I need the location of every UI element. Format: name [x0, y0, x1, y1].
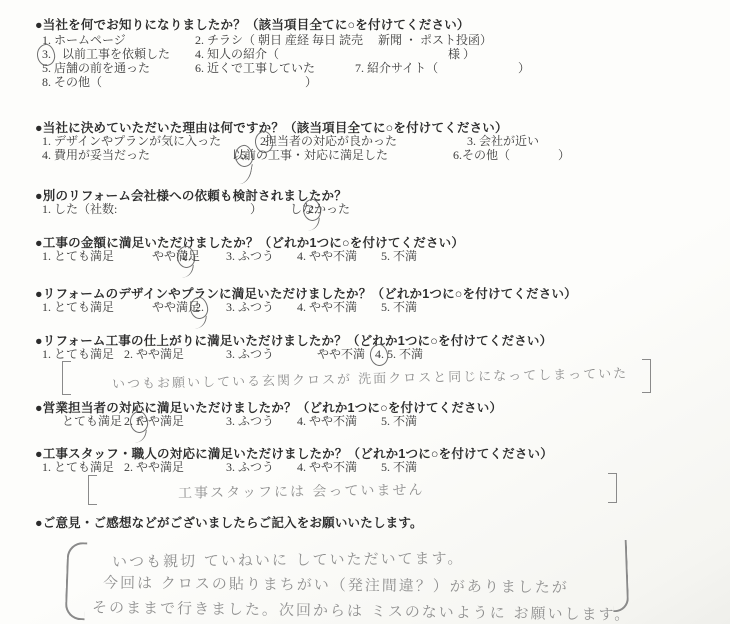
q7-option-4: 4. やや不満	[297, 412, 357, 429]
q8-option-5: 5. 不満	[381, 458, 417, 475]
q1-option-8: 8. その他（	[42, 73, 102, 90]
q3-option-2-label: しなかった	[290, 200, 350, 217]
q8-option-4: 4. やや不満	[297, 458, 357, 475]
q4-option-3: 3. ふつう	[226, 247, 274, 264]
q5-option-4: 4. やや不満	[297, 298, 357, 315]
q7-option-5: 5. 不満	[381, 412, 417, 429]
q6-option-4-label: やや不満	[317, 345, 365, 362]
comments-line-2: 今回は クロスの貼りまちがい（発注間違？）がありましたが	[103, 572, 569, 598]
q6-option-5: 5. 不満	[387, 345, 423, 362]
q2-option-6: 6.その他（	[453, 146, 510, 163]
q8-note-bracket-right	[608, 473, 617, 503]
q7-option-2: 2. やや満足	[124, 412, 184, 429]
q6-note-bracket-right	[642, 359, 651, 393]
comments-line-3: そのままで行きました。次回からは ミスのないように お願いします。	[92, 596, 632, 624]
q5-option-2-label: やや満足	[152, 298, 200, 315]
q2-option-4: 4. 費用が妥当だった	[42, 146, 150, 163]
q5-option-5: 5. 不満	[381, 298, 417, 315]
q5-option-3: 3. ふつう	[226, 298, 274, 315]
comments-title: ●ご意見・ご感想などがございましたらご記入をお願いいたします。	[35, 513, 423, 531]
q8-option-3: 3. ふつう	[226, 458, 274, 475]
q4-option-4: 4. やや不満	[297, 247, 357, 264]
q5-option-1: 1. とても満足	[42, 298, 114, 315]
q1-option-7-close: ）	[518, 59, 530, 76]
q7-option-3: 3. ふつう	[226, 412, 274, 429]
q4-option-5: 5. 不満	[381, 247, 417, 264]
q8-note-bracket-left	[88, 475, 97, 505]
q8-option-2: 2. やや満足	[124, 458, 184, 475]
q1-option-8-close: ）	[305, 73, 317, 90]
q2-option-6-close: ）	[558, 146, 570, 163]
q6-option-2: 2. やや満足	[124, 345, 184, 362]
q3-option-1: 1. した（社数:	[42, 200, 117, 217]
q7-option-1-label: とても満足	[62, 412, 122, 429]
q6-option-3: 3. ふつう	[226, 345, 274, 362]
q1-option-4-close: 様 ）	[448, 45, 475, 62]
q8-option-1: 1. とても満足	[42, 458, 114, 475]
q6-option-1: 1. とても満足	[42, 345, 114, 362]
q6-option-4-circled-number: 4.	[375, 347, 384, 362]
q4-option-1: 1. とても満足	[42, 247, 114, 264]
comments-bracket-right	[611, 540, 630, 613]
q3-option-1-close: ）	[250, 200, 262, 217]
q1-option-7: 7. 紹介サイト（	[355, 59, 438, 76]
q8-handwritten-note: 工事スタッフには 会っていません	[178, 479, 425, 502]
q6-handwritten-note: いつもお願いしている玄関クロスが 洗面クロスと同じになってしまっていた	[112, 363, 628, 393]
comments-line-1: いつも親切 ていねいに していただいてます。	[112, 547, 465, 572]
comments-bracket-left	[65, 542, 88, 621]
q1-option-6: 6. 近くで工事していた	[195, 59, 315, 76]
q2-option-5-label: 以前の工事・対応に満足した	[232, 146, 388, 163]
scanned-survey-sheet: ●当社を何でお知りになりましたか？（該当項目全てに○を付けてください） 1. ホ…	[0, 0, 730, 624]
q6-note-bracket-left	[62, 361, 71, 395]
q4-option-2-label: やや満足	[152, 247, 200, 264]
